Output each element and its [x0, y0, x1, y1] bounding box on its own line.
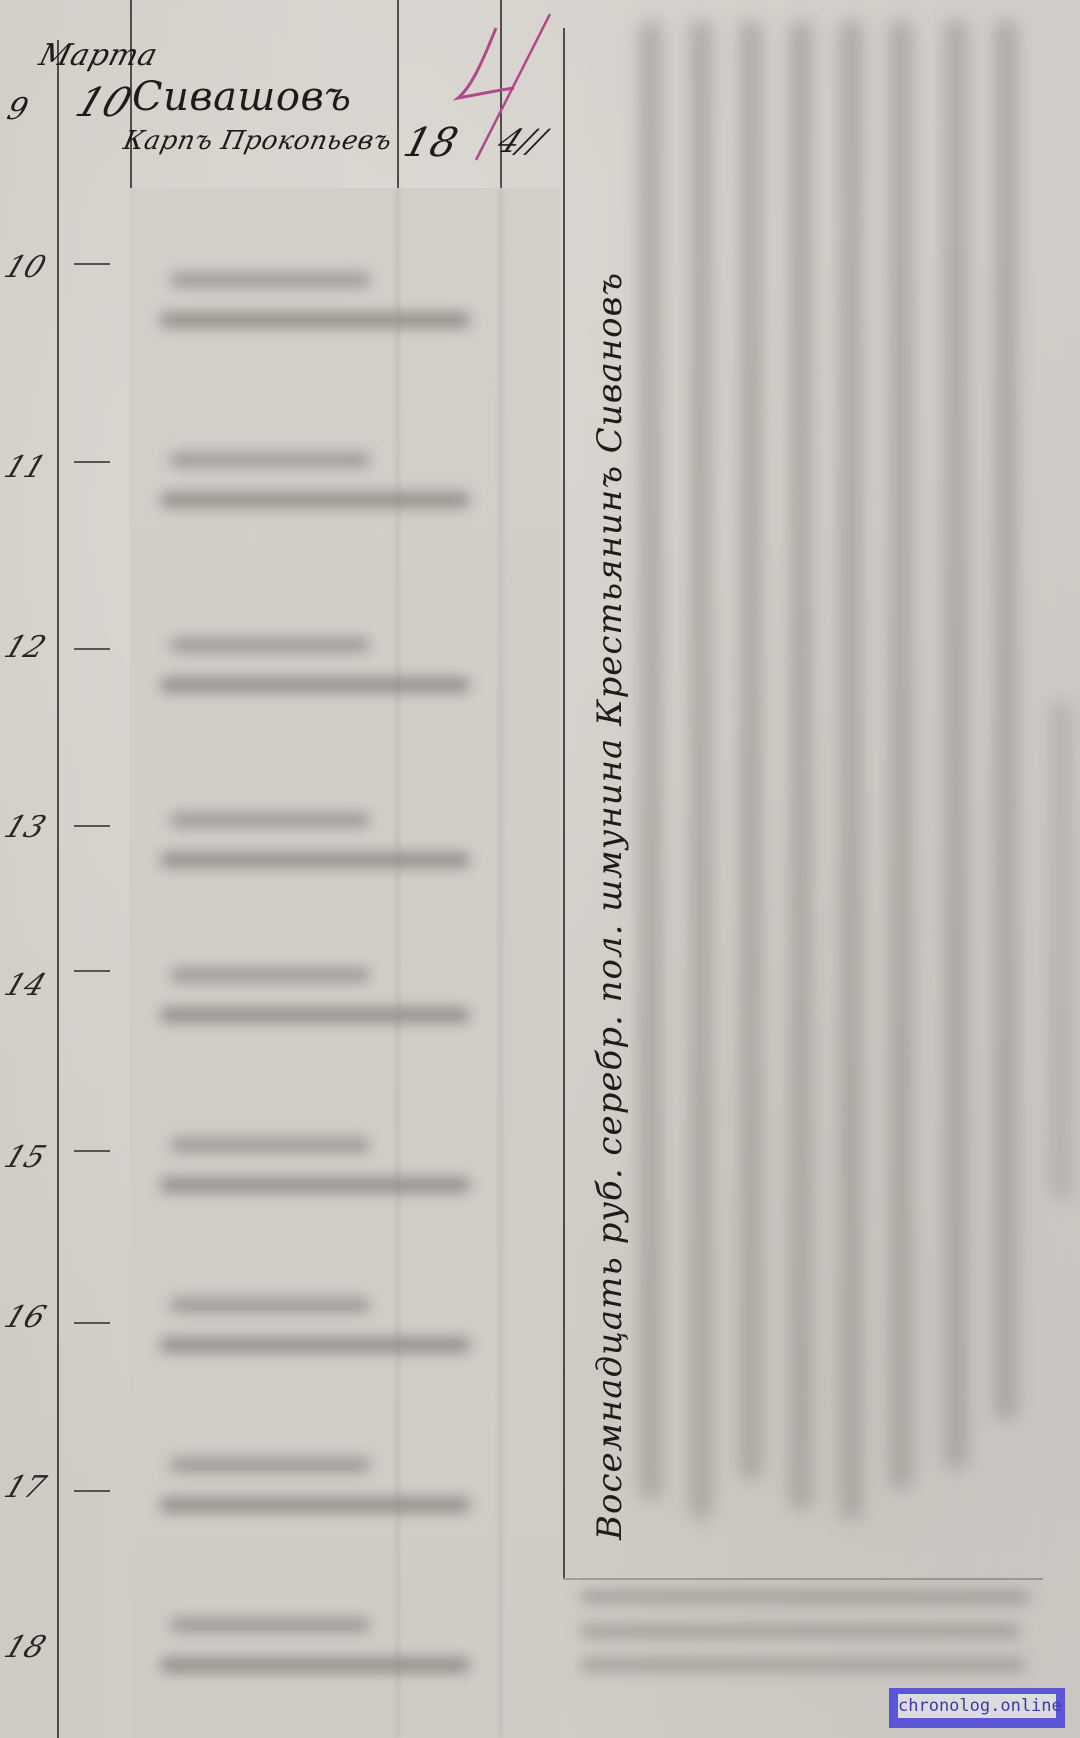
row-dash [74, 825, 110, 827]
blurred-entry [150, 813, 480, 883]
row-number-9: 9 [3, 92, 32, 127]
blurred-entry [150, 1298, 480, 1368]
row-number: 18 [0, 1630, 51, 1665]
column-line-3 [397, 0, 399, 190]
row-number: 17 [0, 1470, 51, 1505]
row-dash [74, 1322, 110, 1324]
blurred-entries-region [130, 188, 560, 1738]
blurred-entry [150, 273, 480, 343]
document-page: Марта 9 10 Сивашовъ Карпъ Прокопьевъ 18 … [0, 0, 1080, 1738]
row-dash [74, 648, 110, 650]
month-label: Марта [35, 38, 161, 73]
row-number: 16 [0, 1300, 51, 1335]
blurred-right-text [620, 0, 1080, 1570]
red-ink-mark [440, 8, 560, 168]
blurred-entry [150, 1458, 480, 1528]
column-line-1 [57, 40, 59, 1738]
row-number: 12 [0, 630, 51, 665]
given-name-patronymic: Карпъ Прокопьевъ [121, 126, 395, 156]
watermark-text: chronolog.online [898, 1694, 1056, 1718]
row-number: 10 [0, 250, 51, 285]
blurred-entry [150, 1618, 480, 1688]
watermark-badge: chronolog.online [889, 1688, 1065, 1728]
row-dash [74, 1490, 110, 1492]
row-number: 14 [0, 968, 51, 1003]
blurred-entry [150, 453, 480, 523]
row-dash [74, 263, 110, 265]
blurred-entry [150, 1138, 480, 1208]
row-dash [74, 461, 110, 463]
blurred-entry [150, 638, 480, 708]
row-number: 11 [0, 450, 51, 485]
row-number: 15 [0, 1140, 51, 1175]
row-dash [74, 970, 110, 972]
surname: Сивашовъ [132, 74, 351, 120]
blurred-column-line [500, 188, 502, 1738]
column-line-5 [563, 28, 565, 1578]
note-separator-line [563, 1578, 1043, 1580]
row-dash [74, 1150, 110, 1152]
day-number: 10 [70, 80, 139, 126]
row-number: 13 [0, 810, 51, 845]
blurred-footnote [580, 1590, 1040, 1690]
blurred-entry [150, 968, 480, 1038]
